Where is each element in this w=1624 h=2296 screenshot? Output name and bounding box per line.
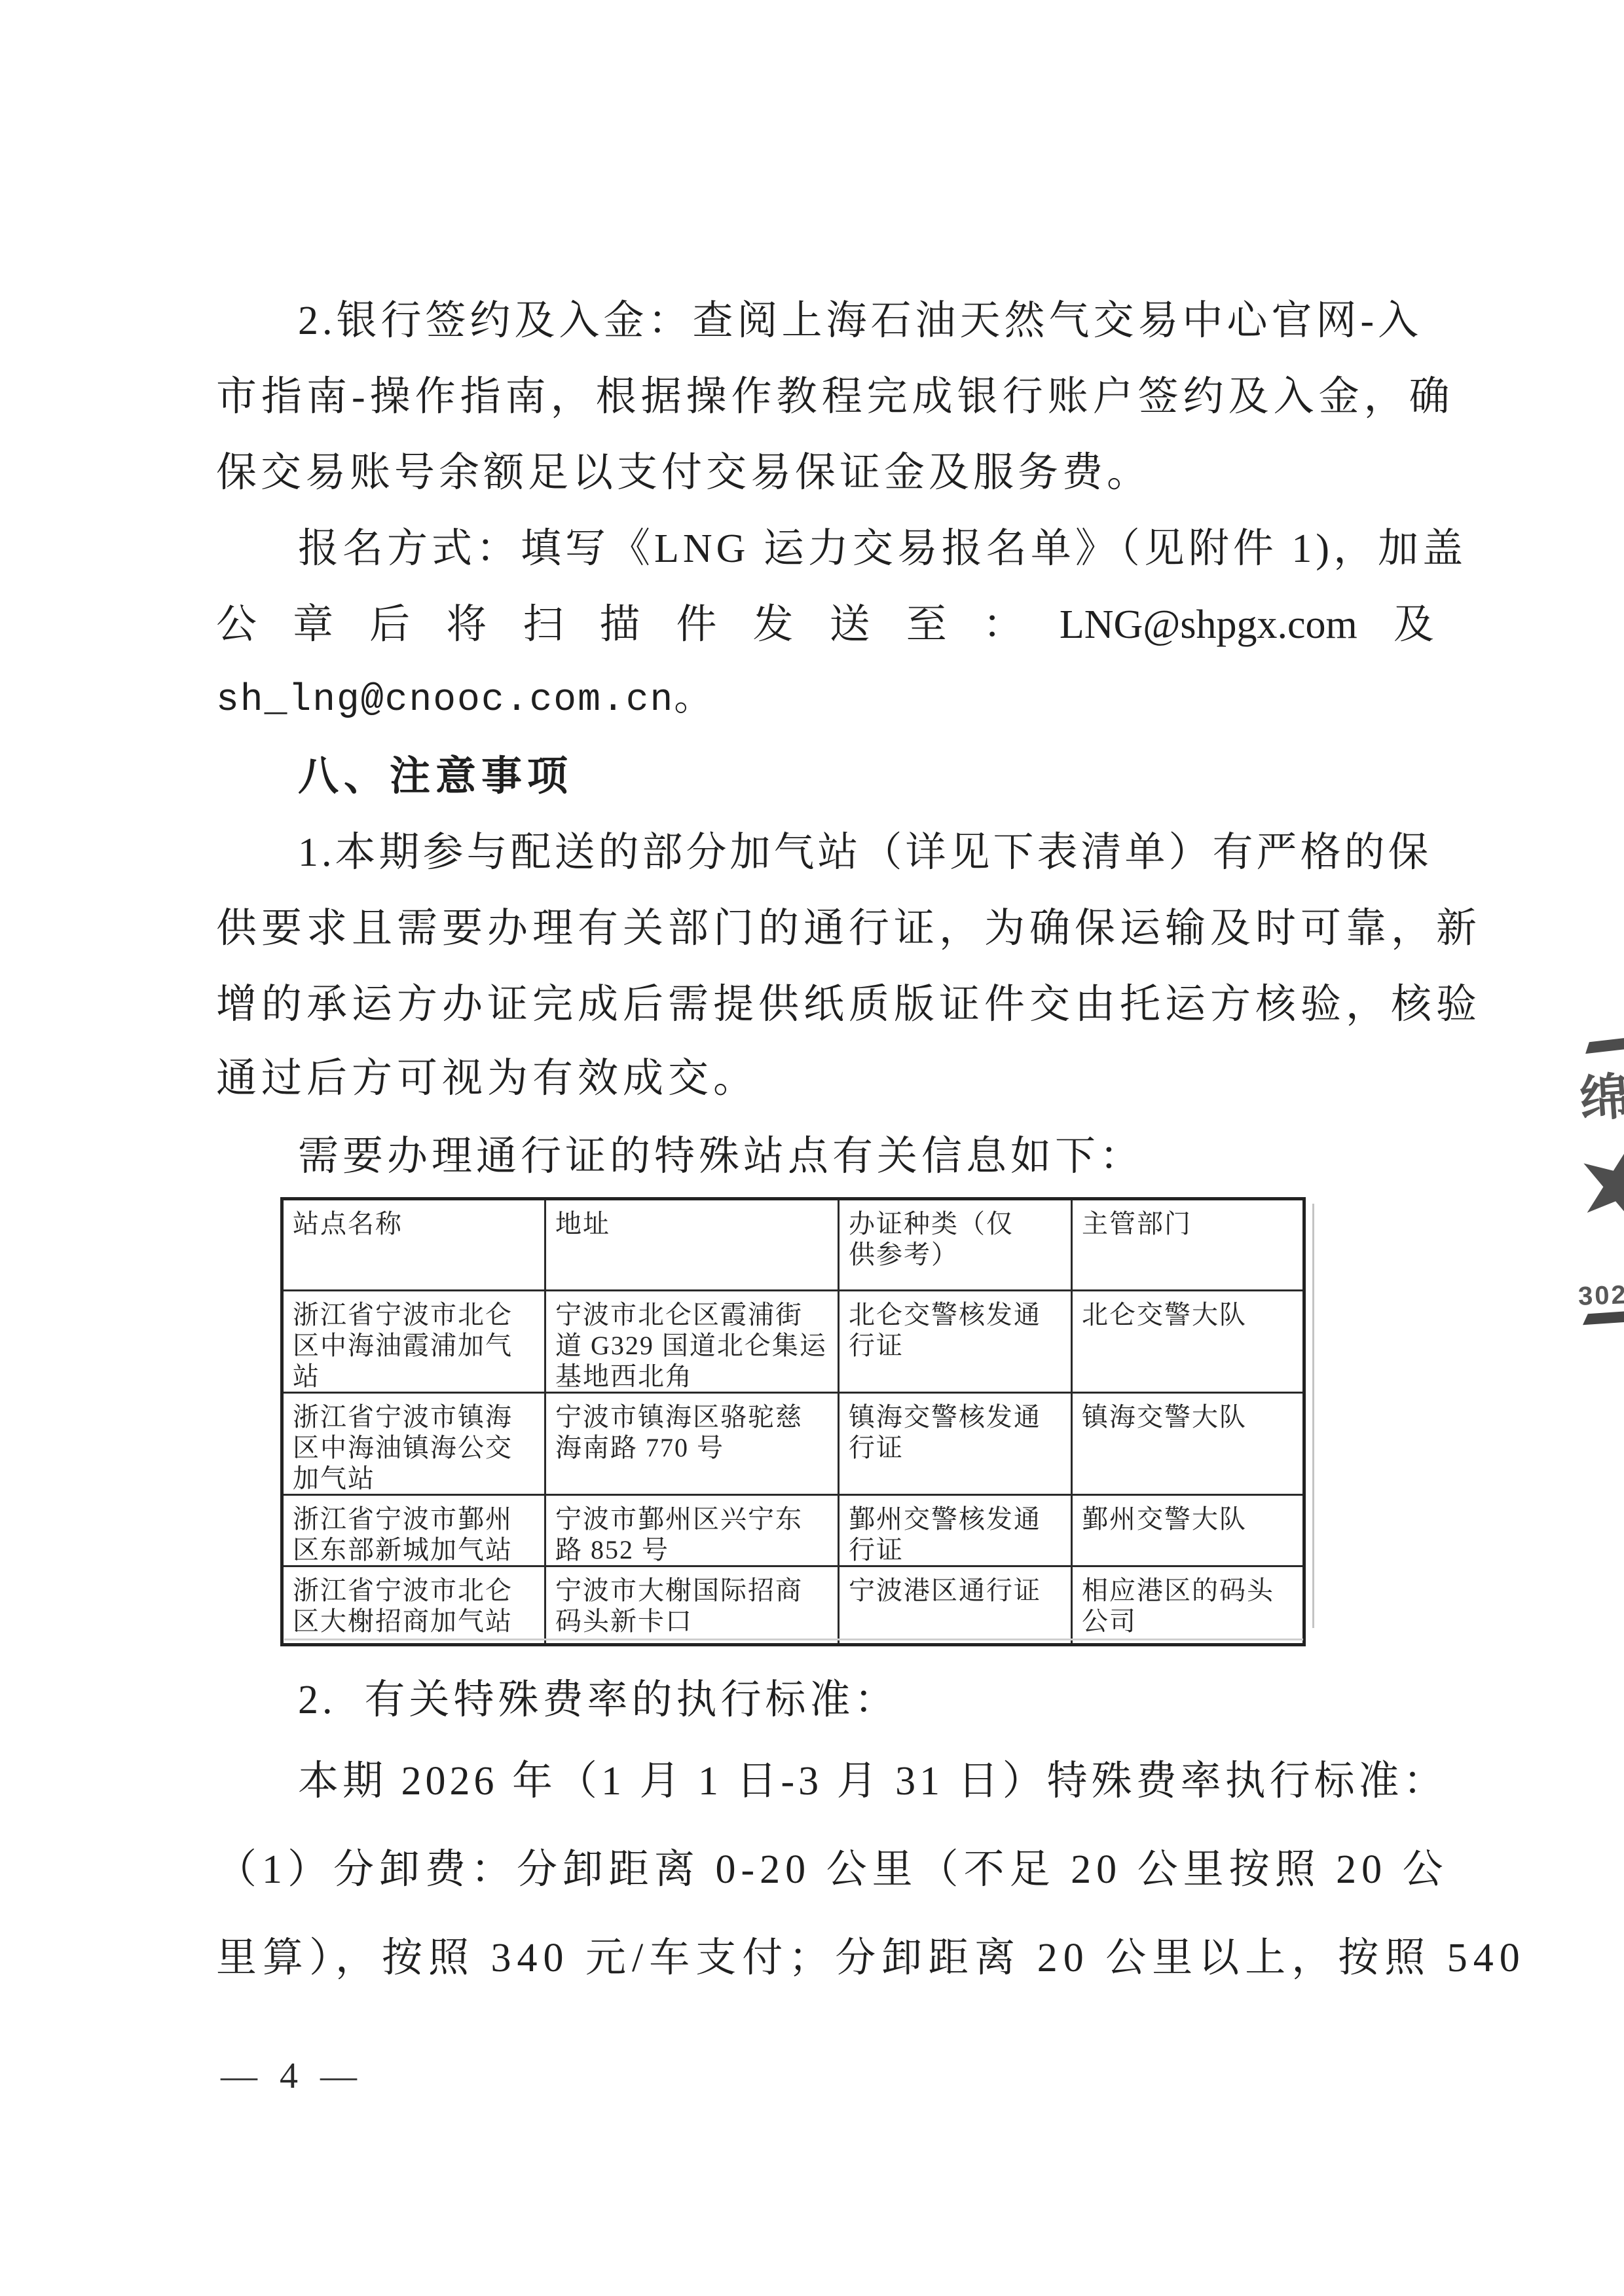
table-cell: 北仑交警核发通 行证 xyxy=(839,1291,1072,1393)
edge-artifact-bar-icon xyxy=(1585,1035,1624,1054)
signup-line-2-token: 发 xyxy=(753,599,794,651)
signup-line-2-token: ： xyxy=(983,599,1024,651)
signup-line-2-token: 后 xyxy=(369,599,410,651)
edge-artifact-glyphs: 绵 xyxy=(1579,1039,1624,1128)
signup-line-2-token: 及 xyxy=(1393,599,1434,651)
table-header-cell: 主管部门 xyxy=(1072,1199,1304,1291)
table-row: 浙江省宁波市镇海 区中海油镇海公交 加气站宁波市镇海区骆驼慈 海南路 770 号… xyxy=(282,1393,1304,1495)
table-cell: 北仑交警大队 xyxy=(1072,1291,1304,1393)
signup-line-2-token: 至 xyxy=(906,599,947,651)
note2-line-1: 本期 2026 年（1 月 1 日-3 月 31 日）特殊费率执行标准： xyxy=(298,1755,1434,1807)
note1-line-3: 增的承运方办证完成后需提供纸质版证件交由托运方核验，核验 xyxy=(216,978,1434,1031)
paragraph-signup-line-1: 报名方式：填写《LNG 运力交易报名单》（见附件 1)，加盖 xyxy=(298,523,1434,575)
table-cell: 宁波市大榭国际招商 码头新卡口 xyxy=(545,1566,839,1645)
table-cell: 宁波港区通行证 xyxy=(839,1566,1072,1645)
note2-heading: 2. 有关特殊费率的执行标准： xyxy=(298,1674,1434,1726)
table-cell: 镇海交警大队 xyxy=(1072,1393,1304,1495)
table-cell: 浙江省宁波市北仑 区中海油霞浦加气 站 xyxy=(282,1291,545,1393)
table-header-row: 站点名称地址办证种类（仅 供参考）主管部门 xyxy=(282,1199,1304,1291)
note2-line-3: 里算），按照 340 元/车支付；分卸距离 20 公里以上，按照 540 xyxy=(216,1932,1434,1984)
paragraph-signup-line-2: 公章后将扫描件发送至：LNG@shpgx.com及 xyxy=(216,599,1434,651)
table-cell: 鄞州交警大队 xyxy=(1072,1495,1304,1566)
section-heading-notes: 八、注意事项 xyxy=(298,750,1434,803)
signup-line-2-token: 扫 xyxy=(523,599,563,651)
table-header-cell: 站点名称 xyxy=(282,1199,545,1291)
paragraph-bank-line-3: 保交易账号余额足以支付交易保证金及服务费。 xyxy=(216,447,1434,499)
table-cell: 浙江省宁波市镇海 区中海油镇海公交 加气站 xyxy=(282,1393,545,1495)
table-cell: 宁波市北仑区霞浦街 道 G329 国道北仑集运 基地西北角 xyxy=(545,1291,839,1393)
paragraph-signup-line-3-email: sh_lng@cnooc.com.cn。 xyxy=(216,675,1434,727)
table-cell: 宁波市镇海区骆驼慈 海南路 770 号 xyxy=(545,1393,839,1495)
signup-line-2-token: 件 xyxy=(676,599,716,651)
document-page: 2.银行签约及入金：查阅上海石油天然气交易中心官网-入 市指南-操作指南，根据操… xyxy=(0,0,1624,2296)
table-scan-shadow-vertical xyxy=(1312,1204,1314,1628)
note1-line-2: 供要求且需要办理有关部门的通行证，为确保运输及时可靠，新 xyxy=(216,902,1434,955)
signup-line-2-token: LNG@shpgx.com xyxy=(1060,599,1357,651)
table-cell: 相应港区的码头 公司 xyxy=(1072,1566,1304,1645)
paragraph-bank-line-2: 市指南-操作指南，根据操作教程完成银行账户签约及入金，确 xyxy=(216,371,1434,423)
permit-table-body: 站点名称地址办证种类（仅 供参考）主管部门浙江省宁波市北仑 区中海油霞浦加气 站… xyxy=(282,1199,1304,1645)
signup-line-2-token: 公 xyxy=(216,599,257,651)
page-number: — 4 — xyxy=(221,2055,363,2097)
paragraph-bank-line-1: 2.银行签约及入金：查阅上海石油天然气交易中心官网-入 xyxy=(298,295,1434,347)
note2-line-2: （1）分卸费：分卸距离 0-20 公里（不足 20 公里按照 20 公 xyxy=(216,1843,1434,1896)
table-row: 浙江省宁波市北仑 区大榭招商加气站宁波市大榭国际招商 码头新卡口宁波港区通行证相… xyxy=(282,1566,1304,1645)
signup-line-2-token: 送 xyxy=(830,599,870,651)
table-scan-shadow-horizontal xyxy=(284,1639,1303,1640)
signup-line-2-token: 章 xyxy=(293,599,333,651)
permit-stations-table: 站点名称地址办证种类（仅 供参考）主管部门浙江省宁波市北仑 区中海油霞浦加气 站… xyxy=(280,1197,1306,1646)
note1-line-1: 1.本期参与配送的部分加气站（详见下表清单）有严格的保 xyxy=(298,826,1434,879)
edge-artifact-bar2-icon xyxy=(1583,1311,1624,1325)
table-cell: 宁波市鄞州区兴宁东 路 852 号 xyxy=(545,1495,839,1566)
table-cell: 鄞州交警核发通 行证 xyxy=(839,1495,1072,1566)
table-header-cell: 地址 xyxy=(545,1199,839,1291)
table-row: 浙江省宁波市鄞州 区东部新城加气站宁波市鄞州区兴宁东 路 852 号鄞州交警核发… xyxy=(282,1495,1304,1566)
table-row: 浙江省宁波市北仑 区中海油霞浦加气 站宁波市北仑区霞浦街 道 G329 国道北仑… xyxy=(282,1291,1304,1393)
table-intro-line: 需要办理通行证的特殊站点有关信息如下： xyxy=(298,1130,1434,1183)
signup-line-2-token: 将 xyxy=(446,599,487,651)
table-header-cell: 办证种类（仅 供参考） xyxy=(839,1199,1072,1291)
signup-line-2-token: 描 xyxy=(599,599,640,651)
edge-artifact-star-icon: ★ xyxy=(1562,1122,1624,1246)
table-cell: 浙江省宁波市鄞州 区东部新城加气站 xyxy=(282,1495,545,1566)
note1-line-4: 通过后方可视为有效成交。 xyxy=(216,1052,1434,1105)
edge-artifact-code: 3020 xyxy=(1578,1280,1624,1311)
table-cell: 浙江省宁波市北仑 区大榭招商加气站 xyxy=(282,1566,545,1645)
table-cell: 镇海交警核发通 行证 xyxy=(839,1393,1072,1495)
